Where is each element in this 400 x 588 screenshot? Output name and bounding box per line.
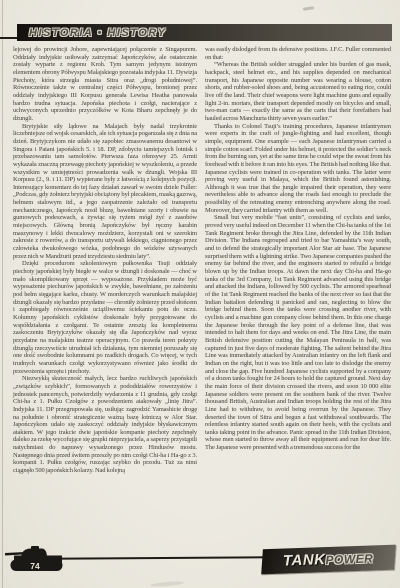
page-number: 74	[30, 561, 40, 571]
paragraph: Thanks to Colonel Tsuji’s training proce…	[205, 123, 391, 215]
column-right-english: was easily dislodged from its defensive …	[205, 46, 391, 452]
tankpower-logo-text: TANKPOWER	[283, 549, 374, 570]
paragraph: was easily dislodged from its defensive …	[205, 46, 391, 61]
logo-power-text: POWER	[326, 551, 374, 567]
column-left-polish: lejowej do prowincji Johore, zapewniając…	[13, 46, 197, 475]
scan-artifact-smudge	[150, 581, 184, 588]
paragraph: lejowej do prowincji Johore, zapewniając…	[13, 46, 197, 123]
footer-rule	[46, 556, 270, 560]
paragraph: Small but very mobile “fast units”, cons…	[205, 214, 391, 451]
logo-tank-text: TANK	[283, 551, 326, 569]
scan-artifact-speck	[303, 6, 314, 11]
paragraph: Dzięki procedurom szkoleniowym pułkownik…	[13, 260, 197, 375]
paragraph: Niezwykłą skuteczność małych, lecz bardz…	[13, 375, 197, 475]
scanned-book-page: HISTORIA • HISTORY lejowej do prowincji …	[0, 0, 400, 588]
tankpower-logo: TANKPOWER	[261, 545, 396, 575]
section-title: HISTORIA • HISTORY	[17, 27, 166, 39]
tank-page-number-icon: 74	[5, 544, 65, 575]
section-banner: HISTORIA • HISTORY	[17, 24, 392, 41]
paragraph: Brytyjskie siły lądowe na Malajach były …	[13, 123, 197, 261]
page-edge-scan-line	[2, 0, 3, 588]
paragraph: “Whereas the British soldier struggled u…	[205, 61, 391, 122]
banner-left-tick	[0, 37, 18, 39]
